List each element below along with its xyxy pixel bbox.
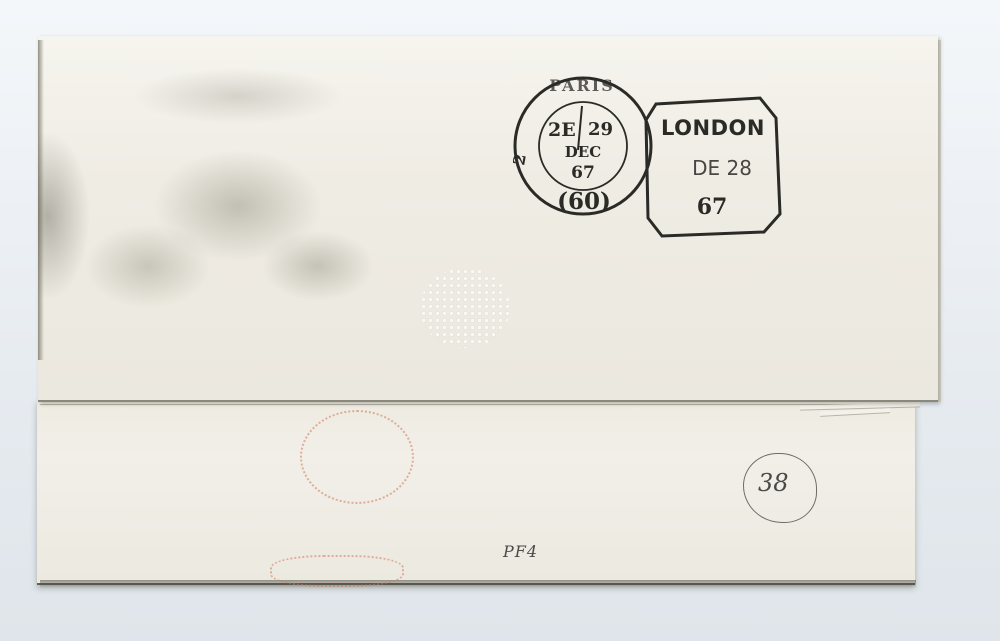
paris-year: 67	[560, 163, 606, 183]
london-date: DE 28	[672, 156, 772, 180]
london-city-name: LONDON	[650, 116, 776, 140]
paris-postmark: PARIS 2E 29 DEC 67 (60) 2	[508, 62, 658, 230]
london-year: 67	[672, 194, 752, 220]
red-handstamp-mark	[300, 410, 414, 504]
paris-office-number: (60)	[548, 188, 620, 215]
red-handstamp-mark-lower	[270, 555, 404, 587]
panel-shadow	[40, 580, 916, 588]
embossed-seal	[420, 268, 510, 348]
paris-city-name: PARIS	[542, 76, 622, 95]
paris-month: DEC	[556, 143, 610, 161]
paris-day: 29	[588, 119, 613, 140]
pencil-note: PF4	[503, 542, 538, 561]
paris-hour-mark: 2E	[548, 119, 576, 141]
london-postmark: LONDON DE 28 67	[642, 96, 782, 238]
letter-upper-panel	[38, 36, 938, 402]
left-edge-smudge	[38, 40, 44, 360]
pencil-reference-number: 38	[758, 469, 789, 497]
